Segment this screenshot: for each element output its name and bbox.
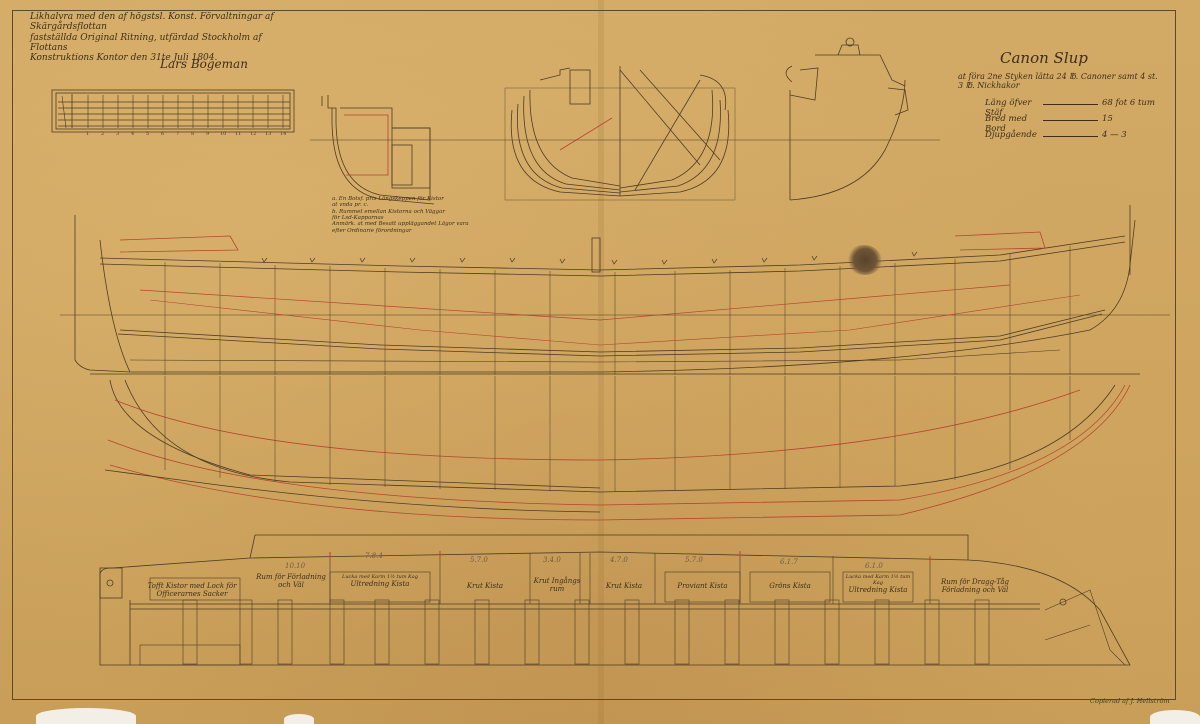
compartment-label: Gröns Kista (750, 582, 830, 590)
compartment-dims: 5.7.0 (685, 556, 703, 564)
armament-line: at föra 2ne Styken lätta 24 ℔. Canoner s… (958, 72, 1158, 81)
legend-line: Anmärk. at med Besatt uppläggandet Lägor… (332, 221, 469, 227)
compartment-label: Proviant Kista (665, 582, 740, 590)
vessel-armament: at föra 2ne Styken lätta 24 ℔. Canoner s… (958, 72, 1158, 90)
torn-edge (1150, 710, 1200, 724)
signature: Lars Bogeman (160, 58, 248, 72)
scale-bar (52, 90, 294, 132)
deck-plan (100, 535, 1130, 665)
compartment-dims: 3.4.0 (543, 556, 561, 564)
scale-tick: 8 (191, 131, 194, 137)
compartment-dims: 6.1.7 (780, 558, 798, 566)
torn-edge (284, 714, 314, 724)
scale-tick: 12 (250, 131, 256, 137)
compartment-label: Rum för Dragg-Tåg Förladning och Väl (935, 578, 1015, 595)
scale-tick: 9 (206, 131, 209, 137)
torn-edge (36, 708, 136, 724)
vessel-title: Canon Slup (1000, 50, 1088, 67)
ship-plan-sheet: Likhalvra med den af högstsl. Konst. För… (0, 0, 1200, 724)
spec-value: 4 — 3 (1102, 130, 1127, 140)
half-breadth-plan (90, 374, 1140, 520)
header-note: Likhalvra med den af högstsl. Konst. För… (30, 12, 290, 64)
spec-label: Djupgående (985, 130, 1043, 140)
compartment-dims: 7.8.4 (365, 552, 383, 560)
compartment-label: Rum för Förladning och Väl (255, 573, 327, 590)
compartment-dims: 5.7.0 (470, 556, 488, 564)
scale-tick: 7 (176, 131, 179, 137)
legend-note: a. En Botsf. pris Längskeppen för Kistor… (332, 196, 469, 234)
midship-section (322, 95, 434, 204)
scale-tick: 10 (220, 131, 226, 137)
scale-tick: 11 (235, 131, 241, 137)
scale-tick: 2 (101, 131, 104, 137)
compartment-note: Lucka med Karm 1½ tum Kag (843, 574, 913, 586)
compartment-name: Ultredning Kista (351, 580, 410, 588)
scale-tick: 6 (161, 131, 164, 137)
compartment-name: Ultredning Kista (849, 586, 908, 594)
scale-tick: 1 (86, 131, 89, 137)
stern-section (786, 38, 908, 200)
compartment-dims: 10.10 (285, 562, 305, 570)
scale-tick: 14 (280, 131, 286, 137)
scale-tick: 5 (146, 131, 149, 137)
compartment-label: Lucka med Karm 1½ tum Kag Ultredning Kis… (843, 574, 913, 594)
legend-line: efter Ordinarie förordningar (332, 228, 469, 234)
armament-line: 3 ℔. Nickhakor (958, 81, 1158, 90)
compartment-dims: 6.1.0 (865, 562, 883, 570)
compartment-label: Krut Kista (445, 582, 525, 590)
scale-tick: 4 (131, 131, 134, 137)
compartment-label: Krut Kista (595, 582, 653, 590)
ink-stain (848, 245, 882, 275)
scale-tick: 3 (116, 131, 119, 137)
header-note-line: fastställda Original Ritning, utfärdad S… (30, 33, 290, 54)
compartment-label: Krut Ingångs rum (533, 577, 581, 594)
stern-locker-label: Tofft Kistor med Lock för Officerarnes S… (142, 582, 242, 599)
header-note-line: Likhalvra med den af högstsl. Konst. För… (30, 12, 290, 33)
spec-row-draught: Djupgående 4 — 3 (985, 130, 1127, 140)
copyist-note: Copierad af J. Hellström (1090, 697, 1170, 705)
sheer-profile (60, 205, 1170, 375)
spec-value: 68 fot 6 tum (1102, 98, 1155, 108)
body-plan (505, 66, 735, 200)
scale-tick: 13 (265, 131, 271, 137)
spec-value: 15 (1102, 114, 1113, 124)
compartment-dims: 4.7.0 (610, 556, 628, 564)
compartment-label: Lucka med Karm 1½ tum Kag Ultredning Kis… (332, 574, 428, 588)
